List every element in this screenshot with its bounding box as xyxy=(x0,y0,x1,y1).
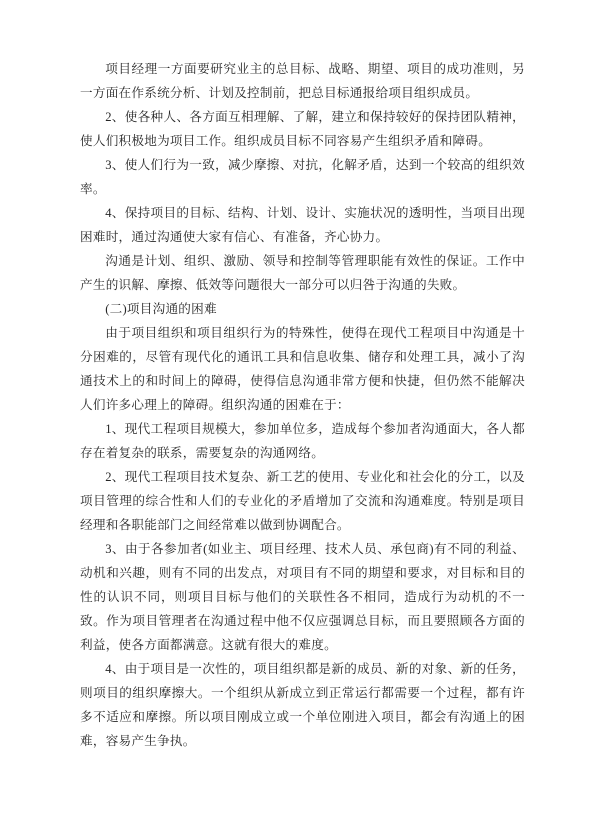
document-page: 项目经理一方面要研究业主的总目标、战略、期望、项目的成功准则，另一方面在作系统分… xyxy=(0,0,605,839)
paragraph-project-manager-goals: 项目经理一方面要研究业主的总目标、战略、期望、项目的成功准则，另一方面在作系统分… xyxy=(80,57,525,105)
paragraph-difficulty-4-one-time-org: 4、由于项目是一次性的，项目组织都是新的成员、新的对象、新的任务，则项目的组织摩… xyxy=(80,657,525,753)
paragraph-communication-guarantee: 沟通是计划、组织、激励、领导和控制等管理职能有效性的保证。工作中产生的识解、摩擦… xyxy=(80,249,525,297)
section-heading-communication-difficulty: (二)项目沟通的困难 xyxy=(80,297,525,321)
document-body: 项目经理一方面要研究业主的总目标、战略、期望、项目的成功准则，另一方面在作系统分… xyxy=(80,57,525,753)
paragraph-item-4-transparency: 4、保持项目的目标、结构、计划、设计、实施状况的透明性，当项目出现困难时，通过沟… xyxy=(80,201,525,249)
paragraph-item-2-mutual-understanding: 2、使各种人、各方面互相理解、了解，建立和保持较好的保持团队精神，使人们积极地为… xyxy=(80,105,525,153)
paragraph-difficulty-intro: 由于项目组织和项目组织行为的特殊性，使得在现代工程项目中沟通是十分困难的，尽管有… xyxy=(80,321,525,417)
paragraph-item-3-consistent-behavior: 3、使人们行为一致，减少摩擦、对抗，化解矛盾，达到一个较高的组织效率。 xyxy=(80,153,525,201)
paragraph-difficulty-1-scale: 1、现代工程项目规模大，参加单位多，造成每个参加者沟通面大，各人都存在着复杂的联… xyxy=(80,417,525,465)
paragraph-difficulty-3-stakeholders: 3、由于各参加者(如业主、项目经理、技术人员、承包商)有不同的利益、动机和兴趣，… xyxy=(80,537,525,657)
paragraph-difficulty-2-technology: 2、现代工程项目技术复杂、新工艺的使用、专业化和社会化的分工，以及项目管理的综合… xyxy=(80,465,525,537)
